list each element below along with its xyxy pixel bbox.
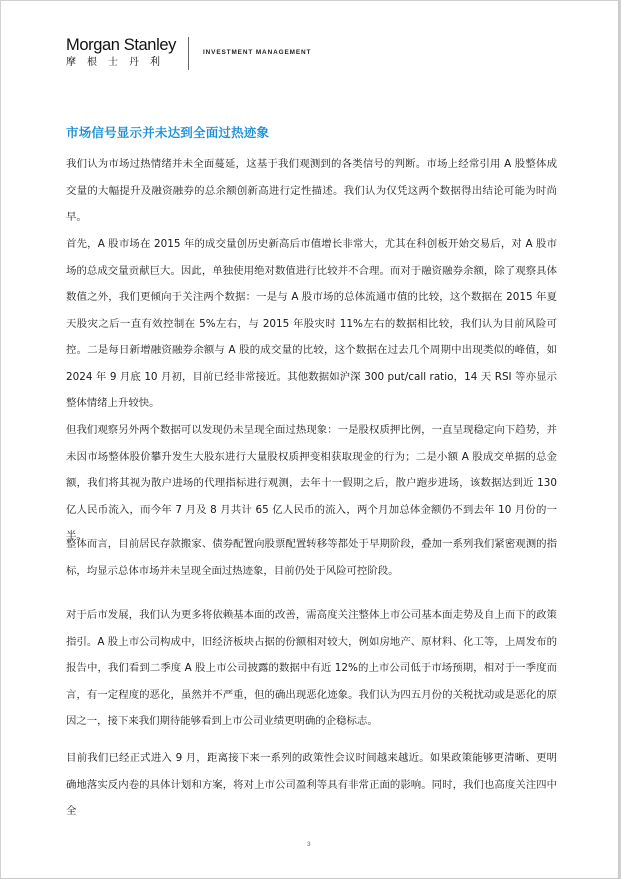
section-title: 市场信号显示并未达到全面过热迹象 bbox=[66, 123, 269, 141]
page-header: Morgan Stanley 摩根士丹利 INVESTMENT MANAGEME… bbox=[66, 36, 311, 70]
logo-english: Morgan Stanley bbox=[66, 36, 176, 54]
paragraph-5: 对于后市发展，我们认为更多将依赖基本面的改善，需高度关注整体上市公司基本面走势及… bbox=[66, 602, 557, 735]
morgan-stanley-logo: Morgan Stanley 摩根士丹利 bbox=[66, 36, 176, 70]
page-number: 3 bbox=[307, 841, 311, 848]
paragraph-4: 整体而言，目前居民存款搬家、债券配置向股票配置转移等都处于早期阶段，叠加一系列我… bbox=[66, 531, 557, 584]
investment-management-label: INVESTMENT MANAGEMENT bbox=[203, 49, 311, 56]
paragraph-3: 但我们观察另外两个数据可以发现仍未呈现全面过热现象：一是股权质押比例，一直呈现稳… bbox=[66, 417, 557, 550]
logo-chinese: 摩根士丹利 bbox=[66, 56, 176, 70]
paragraph-2: 首先，A 股市场在 2015 年的成交量创历史新高后市值增长非常大，尤其在科创板… bbox=[66, 231, 557, 417]
paragraph-1: 我们认为市场过热情绪并未全面蔓延，这基于我们观测到的各类信号的判断。市场上经常引… bbox=[66, 151, 557, 231]
header-divider bbox=[188, 37, 189, 70]
document-page: Morgan Stanley 摩根士丹利 INVESTMENT MANAGEME… bbox=[1, 1, 619, 879]
paragraph-6: 目前我们已经正式进入 9 月，距离接下来一系列的政策性会议时间越来越近。如果政策… bbox=[66, 745, 557, 825]
